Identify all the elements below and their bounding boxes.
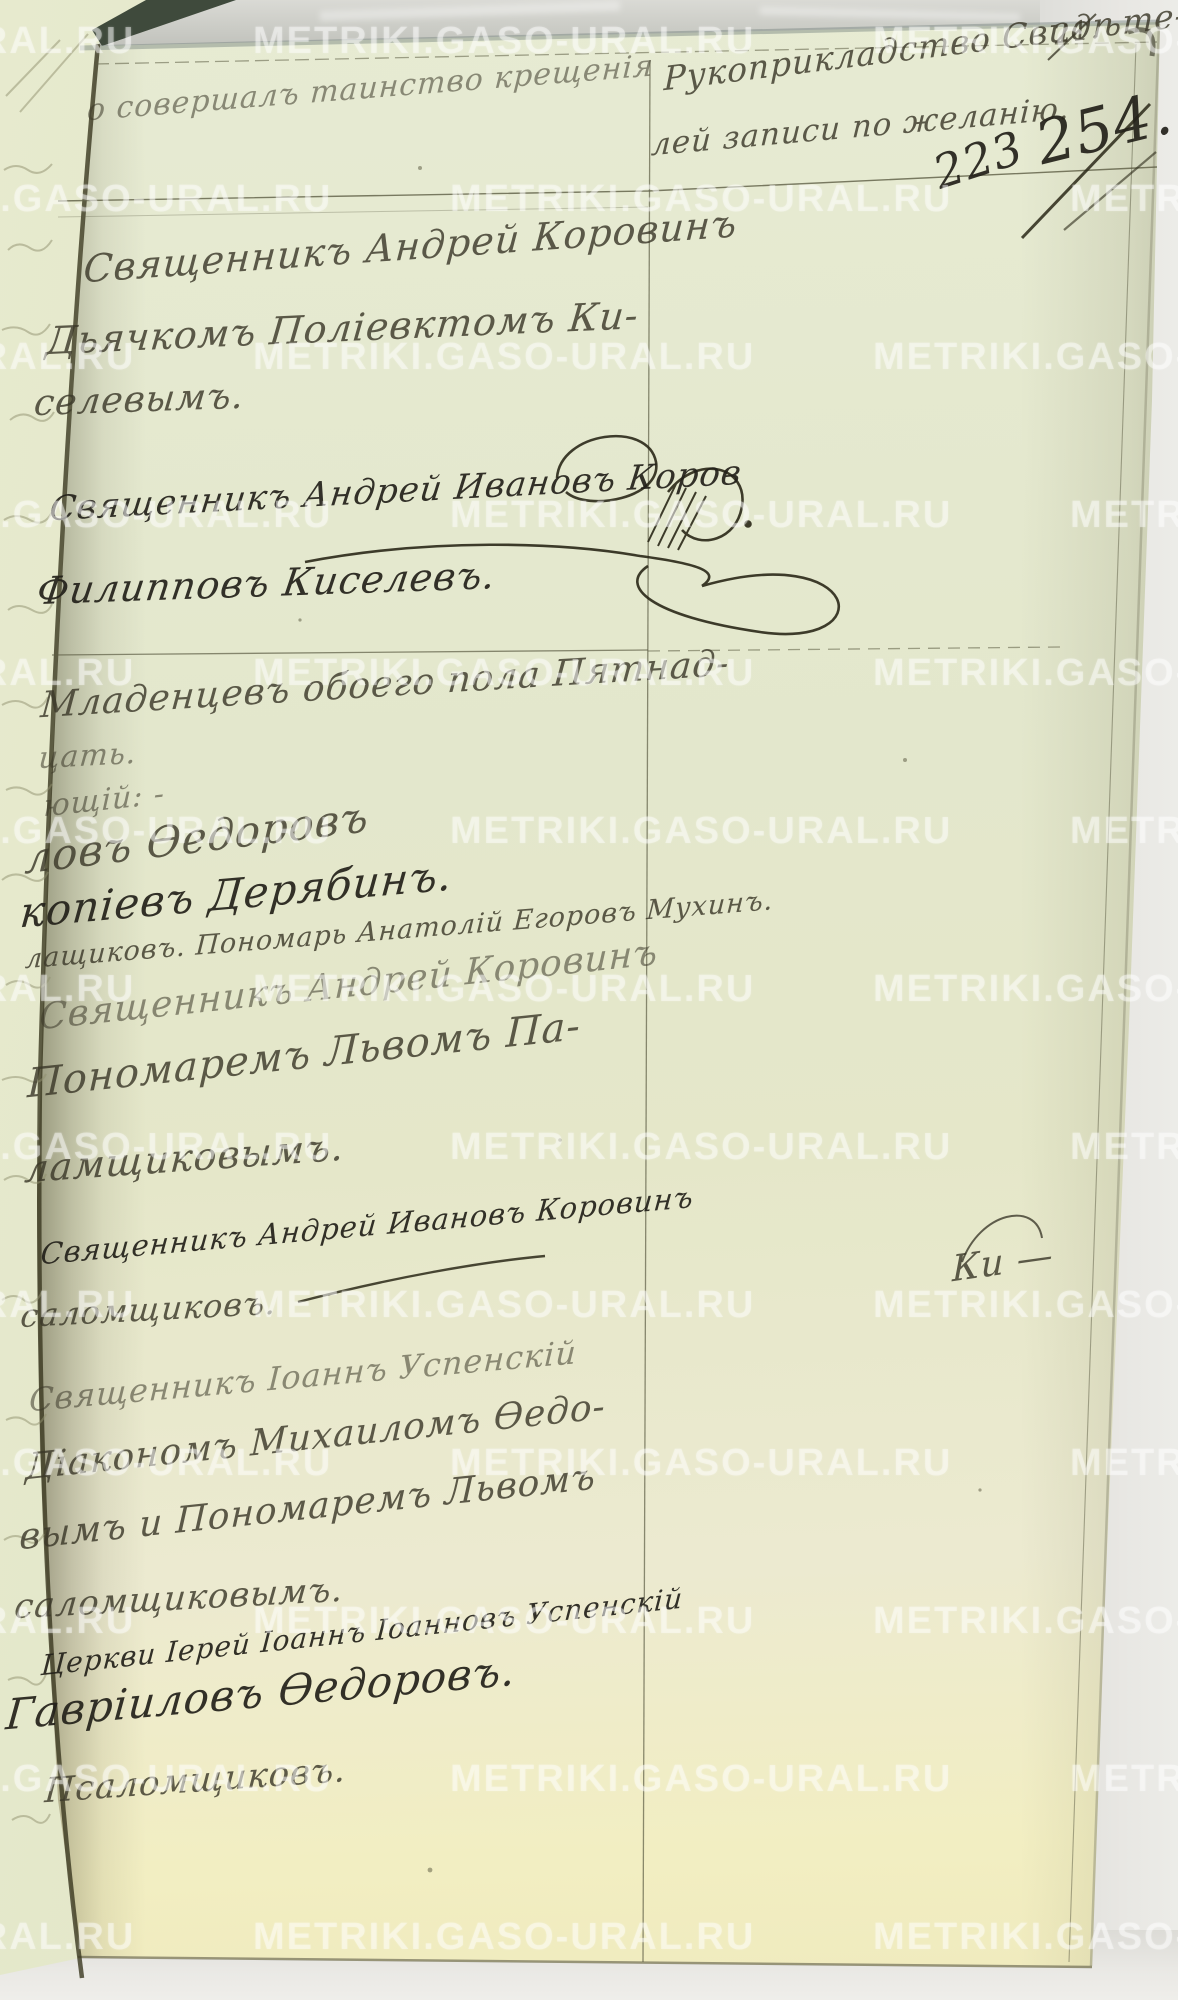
page-ruling-and-flourishes <box>0 0 1178 2000</box>
scanned-document-page: о совершалъ таинство крещенія Рукоприкла… <box>0 0 1178 2000</box>
